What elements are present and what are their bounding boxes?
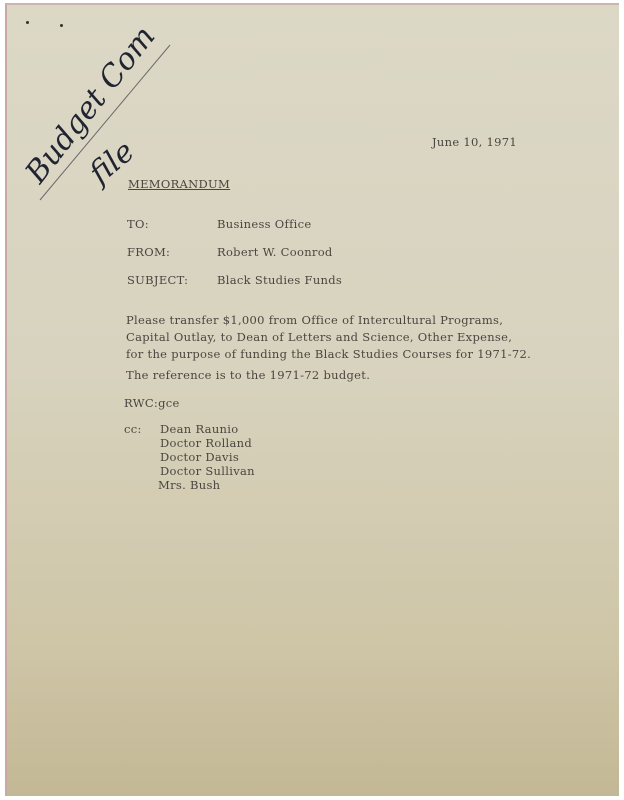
- cc-label: cc:: [124, 422, 142, 436]
- cc-recipient: Doctor Sullivan: [160, 464, 255, 478]
- body-line: Capital Outlay, to Dean of Letters and S…: [126, 330, 512, 344]
- cc-recipient: Dean Raunio: [160, 422, 238, 436]
- body-line: Please transfer $1,000 from Office of In…: [126, 313, 503, 327]
- cc-recipient: Doctor Rolland: [160, 436, 252, 450]
- typist-initials: RWC:gce: [124, 396, 180, 410]
- handwritten-annotation: Budget Com file: [0, 0, 624, 800]
- cc-recipient: Doctor Davis: [160, 450, 239, 464]
- from-value: Robert W. Coonrod: [217, 245, 333, 259]
- memo-title: MEMORANDUM: [128, 177, 230, 191]
- to-label: TO:: [127, 217, 149, 231]
- subject-value: Black Studies Funds: [217, 273, 342, 287]
- to-value: Business Office: [217, 217, 311, 231]
- cc-recipient: Mrs. Bush: [158, 478, 220, 492]
- memo-date: June 10, 1971: [432, 135, 517, 149]
- body-reference: The reference is to the 1971-72 budget.: [126, 368, 370, 382]
- subject-label: SUBJECT:: [127, 273, 188, 287]
- body-line: for the purpose of funding the Black Stu…: [126, 347, 531, 361]
- from-label: FROM:: [127, 245, 170, 259]
